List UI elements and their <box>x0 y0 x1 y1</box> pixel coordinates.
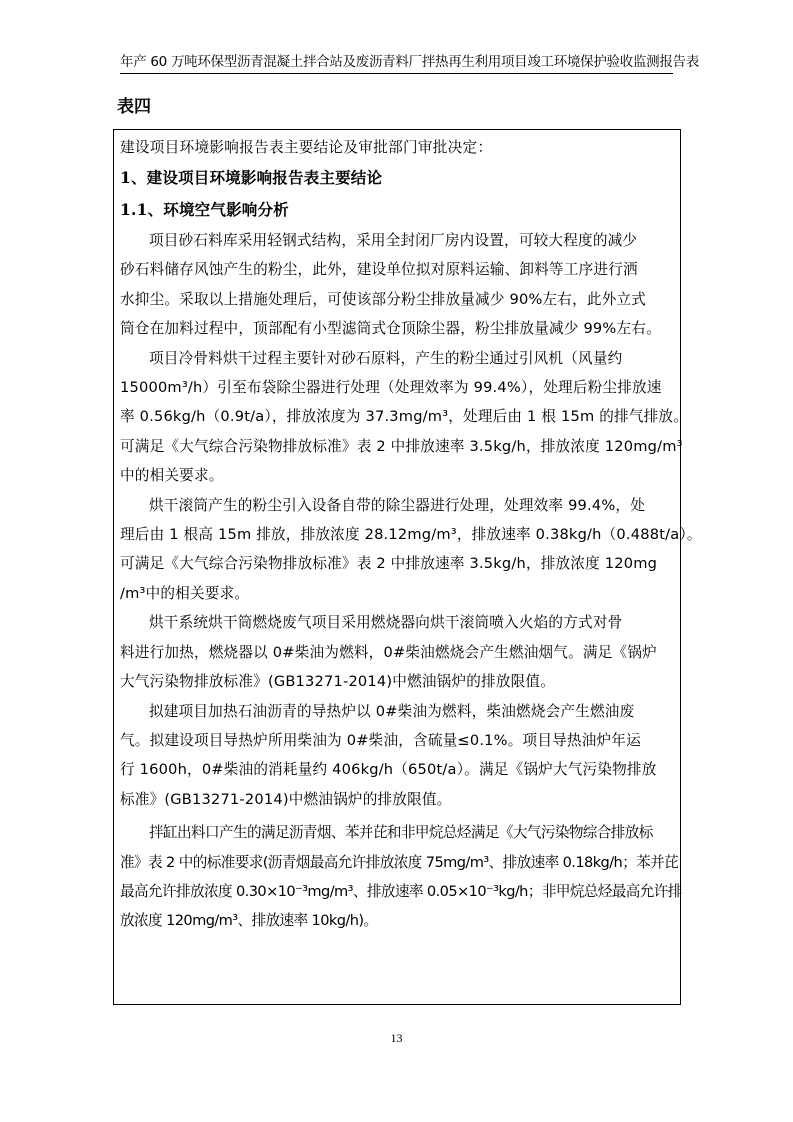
running-header-title: 年产 60 万吨环保型沥青混凝土拌合站及废沥青料厂拌热再生利用项目竣工环境保护验… <box>120 53 673 74</box>
table-label: 表四 <box>117 96 151 118</box>
paragraph-cold-aggregate-drying: 项目冷骨料烘干过程主要针对砂石原料，产生的粉尘通过引风机（风量约 15000m³… <box>120 344 674 491</box>
paragraph-line: 中的相关要求。 <box>120 461 674 490</box>
paragraph-line: 烘干系统烘干筒燃烧废气项目采用燃烧器向烘干滚筒喷入火焰的方式对骨 <box>120 608 674 637</box>
paragraph-line: 率 0.56kg/h（0.9t/a），排放浓度为 37.3mg/m³，处理后由 … <box>120 402 674 431</box>
page-number: 13 <box>0 1031 793 1046</box>
paragraph-burner-exhaust: 烘干系统烘干筒燃烧废气项目采用燃烧器向烘干滚筒喷入火焰的方式对骨 料进行加热，燃… <box>120 608 674 696</box>
section-heading-1: 1、建设项目环境影响报告表主要结论 <box>120 162 674 194</box>
paragraph-line: 放浓度 120mg/m³、排放速率 10kg/h)。 <box>120 906 674 935</box>
paragraph-line: 水抑尘。采取以上措施处理后，可使该部分粉尘排放量减少 90%左右，此外立式 <box>120 285 674 314</box>
paragraph-line: 最高允许排放浓度 0.30×10⁻³mg/m³、排放速率 0.05×10⁻³kg… <box>120 877 674 906</box>
cell-lead-text: 建设项目环境影响报告表主要结论及审批部门审批决定： <box>120 134 674 162</box>
section-heading-1-1: 1.1、环境空气影响分析 <box>120 194 674 226</box>
paragraph-line: 可满足《大气综合污染物排放标准》表 2 中排放速率 3.5kg/h，排放浓度 1… <box>120 549 674 578</box>
paragraph-line: 大气污染物排放标准》(GB13271-2014)中燃油锅炉的排放限值。 <box>120 667 674 696</box>
paragraph-line: 气。拟建设项目导热炉所用柴油为 0#柴油，含硫量≤0.1%。项目导热油炉年运 <box>120 726 674 755</box>
paragraph-line: 筒仓在加料过程中，顶部配有小型滤筒式仓顶除尘器，粉尘排放量减少 99%左右。 <box>120 314 674 343</box>
paragraph-line: 可满足《大气综合污染物排放标准》表 2 中排放速率 3.5kg/h，排放浓度 1… <box>120 432 674 461</box>
paragraph-line: 理后由 1 根高 15m 排放，排放浓度 28.12mg/m³，排放速率 0.3… <box>120 520 674 549</box>
paragraph-sand-storage: 项目砂石料库采用轻钢式结构，采用全封闭厂房内设置，可较大程度的减少 砂石料储存风… <box>120 226 674 344</box>
paragraph-line: 15000m³/h）引至布袋除尘器进行处理（处理效率为 99.4%），处理后粉尘… <box>120 373 674 402</box>
paragraph-line: 项目冷骨料烘干过程主要针对砂石原料，产生的粉尘通过引风机（风量约 <box>120 344 674 373</box>
paragraph-line: 拌缸出料口产生的满足沥青烟、苯并芘和非甲烷总烃满足《大气污染物综合排放标 <box>120 818 674 847</box>
paragraph-line: 砂石料储存风蚀产生的粉尘，此外，建设单位拟对原料运输、卸料等工序进行洒 <box>120 255 674 284</box>
paragraph-line: /m³中的相关要求。 <box>120 579 674 608</box>
paragraph-line: 标准》(GB13271-2014)中燃油锅炉的排放限值。 <box>120 785 674 814</box>
paragraph-mixer-outlet: 拌缸出料口产生的满足沥青烟、苯并芘和非甲烷总烃满足《大气污染物综合排放标 准》表… <box>120 818 674 936</box>
paragraph-line: 行 1600h，0#柴油的消耗量约 406kg/h（650t/a）。满足《锅炉大… <box>120 755 674 784</box>
paragraph-line: 项目砂石料库采用轻钢式结构，采用全封闭厂房内设置，可较大程度的减少 <box>120 226 674 255</box>
paragraph-line: 拟建项目加热石油沥青的导热炉以 0#柴油为燃料，柴油燃烧会产生燃油废 <box>120 697 674 726</box>
paragraph-line: 准》表 2 中的标准要求(沥青烟最高允许排放浓度 75mg/m³、排放速率 0.… <box>120 848 674 877</box>
conclusions-table-cell: 建设项目环境影响报告表主要结论及审批部门审批决定： 1、建设项目环境影响报告表主… <box>113 129 681 1005</box>
paragraph-drying-drum: 烘干滚筒产生的粉尘引入设备自带的除尘器进行处理，处理效率 99.4%，处 理后由… <box>120 491 674 609</box>
paragraph-line: 烘干滚筒产生的粉尘引入设备自带的除尘器进行处理，处理效率 99.4%，处 <box>120 491 674 520</box>
paragraph-thermal-oil-furnace: 拟建项目加热石油沥青的导热炉以 0#柴油为燃料，柴油燃烧会产生燃油废 气。拟建设… <box>120 697 674 815</box>
paragraph-line: 料进行加热，燃烧器以 0#柴油为燃料，0#柴油燃烧会产生燃油烟气。满足《锅炉 <box>120 638 674 667</box>
